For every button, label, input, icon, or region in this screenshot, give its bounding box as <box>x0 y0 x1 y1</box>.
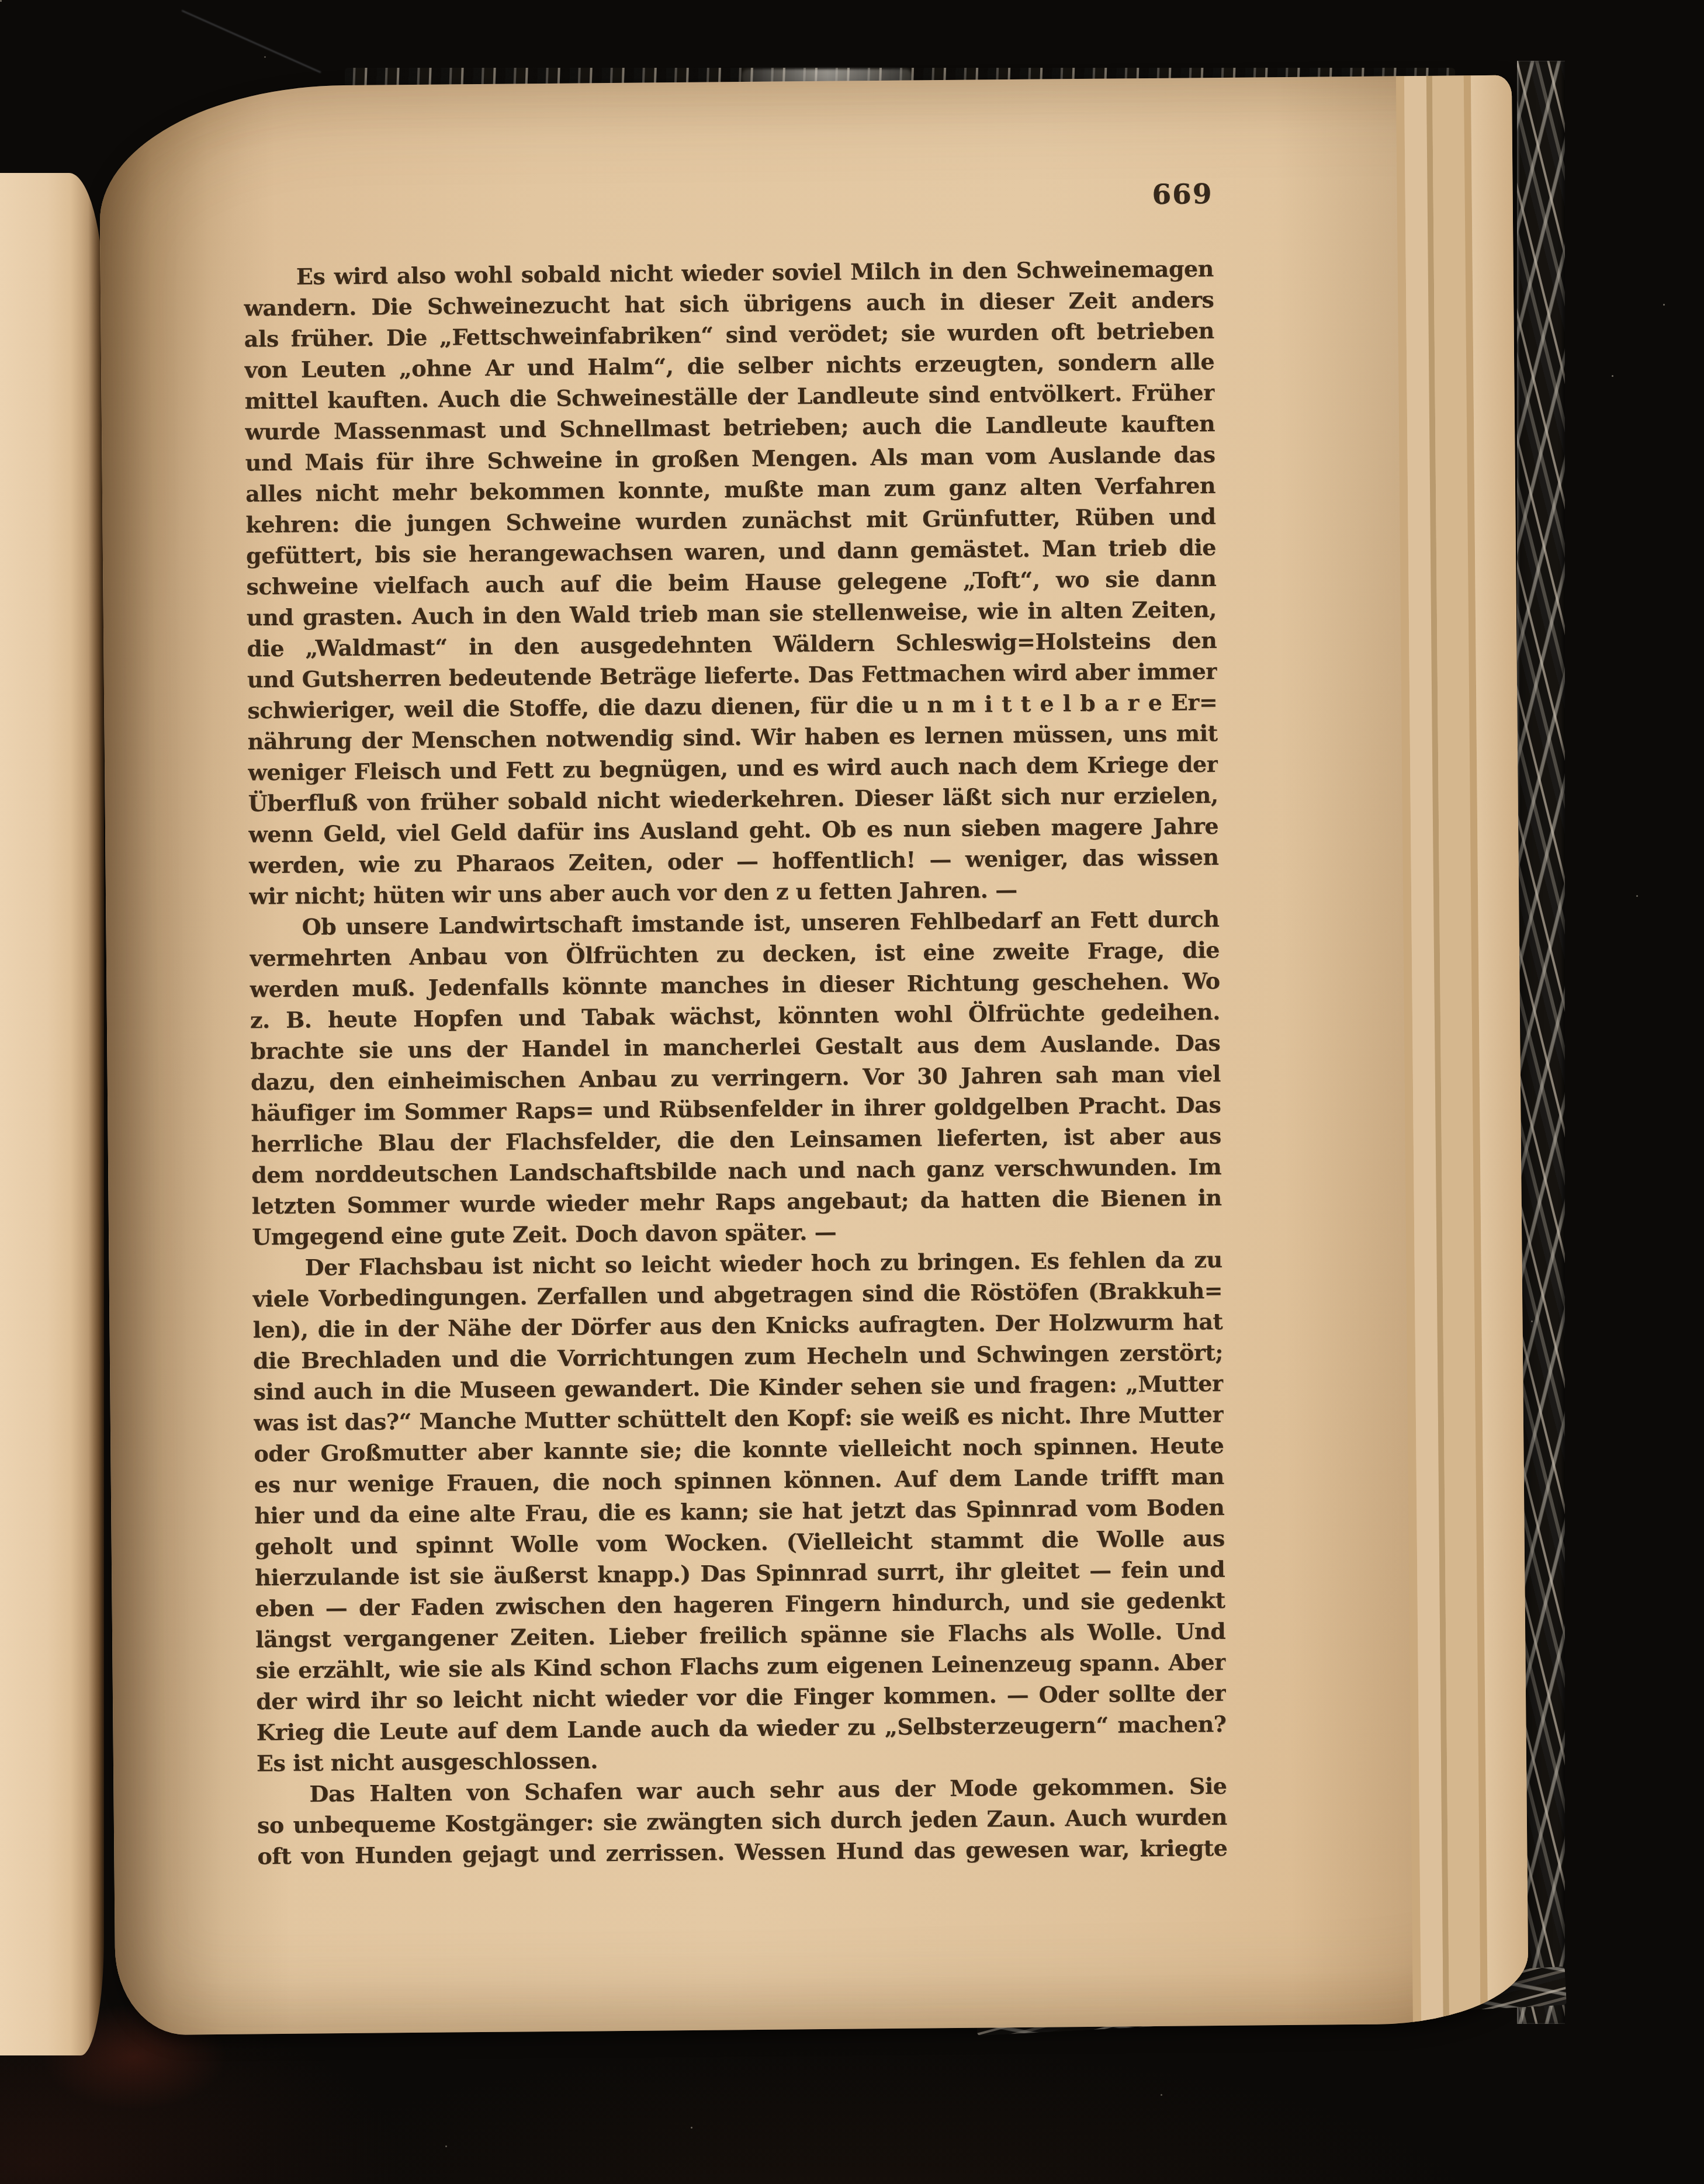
text-block: Es wird also wohl sobald nicht wieder so… <box>244 253 1228 1871</box>
paragraph: Der Flachsbau ist nicht so leicht wieder… <box>252 1244 1227 1779</box>
paragraph: Es wird also wohl sobald nicht wieder so… <box>244 253 1220 911</box>
book-page: 669 Es wird also wohl sobald nicht wiede… <box>99 75 1529 2036</box>
page-number: 669 <box>243 178 1213 219</box>
scanned-book-photo: { "book_page": { "page_number": "669", "… <box>0 0 1704 2184</box>
fore-edge-shade <box>1274 76 1414 2025</box>
dust-specks <box>0 0 2 2</box>
facing-page-edge <box>0 173 104 2055</box>
paragraph: Das Halten von Schafen war auch sehr aus… <box>257 1770 1227 1871</box>
paragraph: Ob unsere Landwirtschaft imstande ist, u… <box>249 903 1222 1252</box>
cover-scratch <box>182 10 321 73</box>
